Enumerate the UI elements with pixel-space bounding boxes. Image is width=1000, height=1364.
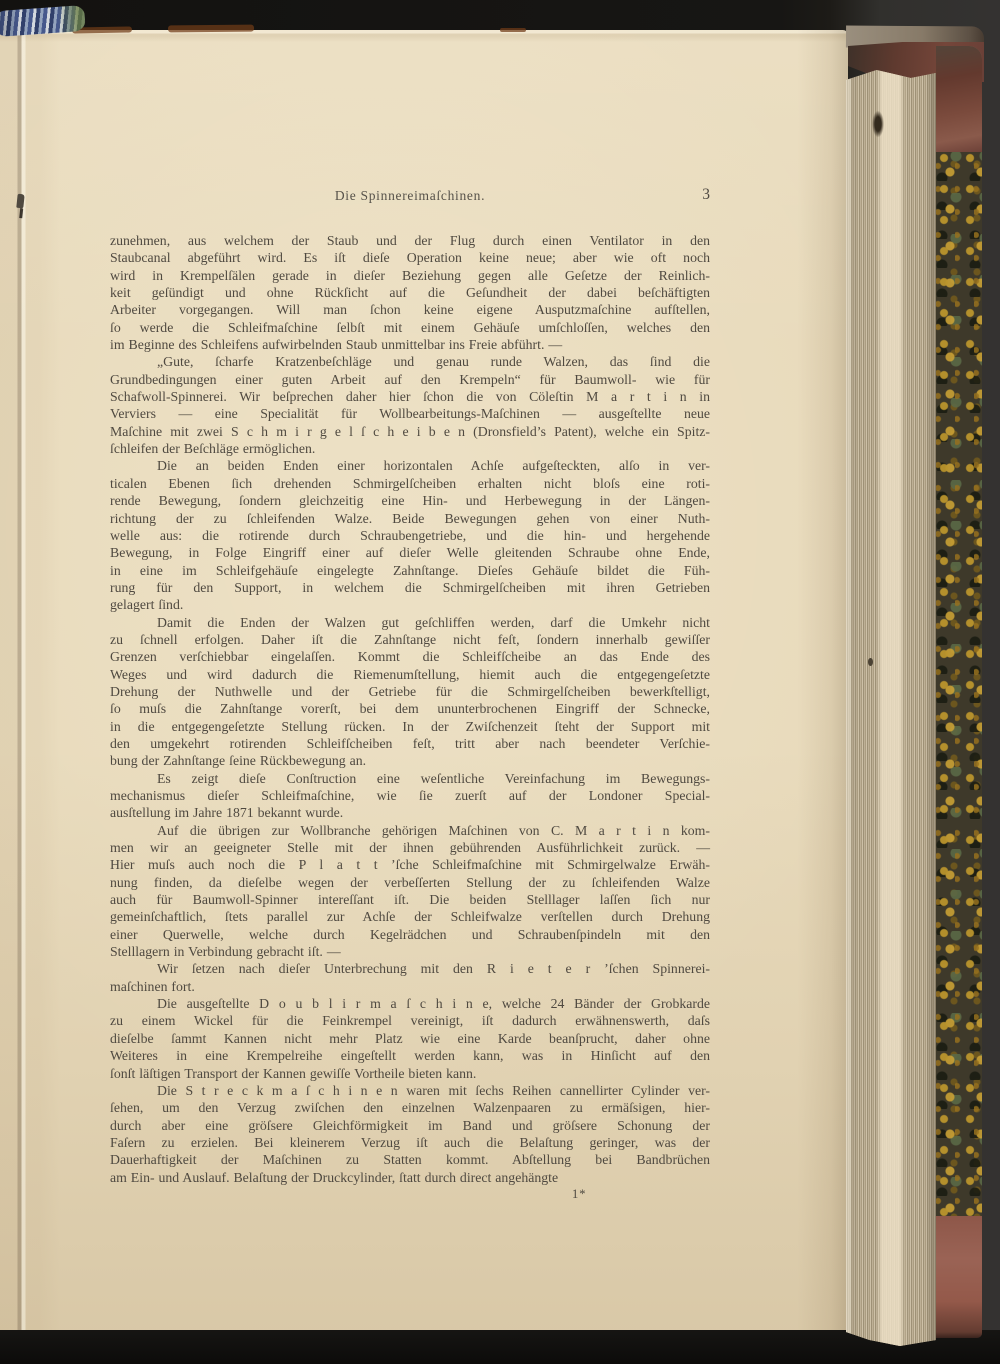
page-content: Die Spinnereimaſchinen. 3 zunehmen, aus … [110,188,710,1202]
text-line: welle aus: die rotirende durch Schrauben… [110,527,710,544]
text-line: maſchinen fort. [110,978,710,995]
text-line: in die entgegengeſetzte Stellung rücken.… [110,718,710,735]
cover-leather-top [936,46,982,152]
text-line: Die an beiden Enden einer horizontalen A… [110,457,710,474]
text-line: Staubcanal abgeführt wird. Es iſt dieſe … [110,249,710,266]
text-line: durch aber eine gröſsere Gleichförmigkei… [110,1117,710,1134]
text-line: Hier muſs auch noch die P l a t t ’ſche … [110,856,710,873]
text-line: Faſern zu erzielen. Bei kleinerem Verzug… [110,1134,710,1151]
text-line: ausſtellung im Jahre 1871 bekannt wurde. [110,804,710,821]
text-line: zu einem Wickel für die Feinkrempel vere… [110,1012,710,1029]
bottom-edge-shadow [0,1330,1000,1364]
text-line: Stelllagern in Verbindung gebracht iſt. … [110,943,710,960]
fore-edge-fleck [868,658,873,666]
text-line: den umgekehrt rotirenden Schleifſcheiben… [110,735,710,752]
text-line: ſo muſs die Zahnſtange vorerſt, bei dem … [110,700,710,717]
text-line: dieſelbe ſammt Kannen nicht mehr Platz w… [110,1030,710,1047]
running-title: Die Spinnereimaſchinen. [110,188,710,204]
paragraph: „Gute, ſcharfe Kratzenbeſchläge und gena… [110,353,710,457]
text-line: richtung der zu ſchleifenden Walze. Beid… [110,510,710,527]
text-line: keit geſündigt und ohne Rückſicht auf di… [110,284,710,301]
paragraph: Auf die übrigen zur Wollbranche gehörige… [110,822,710,961]
text-line: Schafwoll-Spinnerei. Wir beſprechen dahe… [110,388,710,405]
text-line: ſo werde die Schleifmaſchine ſelbſt mit … [110,319,710,336]
book-photo: Die Spinnereimaſchinen. 3 zunehmen, aus … [0,0,1000,1364]
text-line: men wir an geeigneter Stelle mit der ihn… [110,839,710,856]
text-line: Weges und wird dadurch die Riemenumſtell… [110,666,710,683]
text-line: gelagert ſind. [110,596,710,613]
paragraph: Die an beiden Enden einer horizontalen A… [110,457,710,613]
text-line: in eine im Schleifgehäuſe eingelegte Zah… [110,562,710,579]
text-line: Drehung der Nuthwelle und der Getriebe f… [110,683,710,700]
text-line: Die S t r e c k m a ſ c h i n e n waren … [110,1082,710,1099]
text-line: bung der Zahnſtange ſeine Rückbewegung a… [110,752,710,769]
paragraph: Die ausgeſtellte D o u b l i r m a ſ c h… [110,995,710,1082]
top-edge-speckle [500,28,526,32]
text-line: am Ein- und Auslauf. Belaſtung der Druck… [110,1169,710,1186]
text-line: nung finden, da dieſelbe wegen der verbe… [110,874,710,891]
text-line: ſonſt läſtigen Transport der Kannen gewi… [110,1065,710,1082]
paragraph: Es zeigt dieſe Conſtruction eine weſentl… [110,770,710,822]
fore-edge-notch [870,106,886,142]
top-edge-speckle [168,25,254,33]
signature-mark: 1* [572,1187,710,1202]
text-line: Verviers — eine Specialität für Wollbear… [110,405,710,422]
paragraph: Wir ſetzen nach dieſer Unterbrechung mit… [110,960,710,995]
ink-speck-margin [16,194,24,209]
text-line: ſchleifen der Beſchläge ermöglichen. [110,440,710,457]
page-recto: Die Spinnereimaſchinen. 3 zunehmen, aus … [0,30,848,1332]
text-line: Wir ſetzen nach dieſer Unterbrechung mit… [110,960,710,977]
text-line: Grundbedingungen einer guten Arbeit auf … [110,371,710,388]
paragraph: Die S t r e c k m a ſ c h i n e n waren … [110,1082,710,1186]
text-line: Grenzen verſchiebbar eingelaſſen. Kommt … [110,648,710,665]
text-line: Dauerhaftigkeit der Maſchinen zu Statten… [110,1151,710,1168]
text-line: Damit die Enden der Walzen gut geſchliff… [110,614,710,631]
running-header: Die Spinnereimaſchinen. 3 [110,188,710,208]
text-line: ſehen, um den Verzug zwiſchen den einzel… [110,1099,710,1116]
marbled-cover [936,46,982,1338]
paragraph: Damit die Enden der Walzen gut geſchliff… [110,614,710,770]
text-line: zu ſchnell erfolgen. Daher iſt die Zahnſ… [110,631,710,648]
text-line: gemeinſchaftlich, ſtets parallel zur Ach… [110,908,710,925]
text-line: Auf die übrigen zur Wollbranche gehörige… [110,822,710,839]
text-line: zunehmen, aus welchem der Staub und der … [110,232,710,249]
text-line: mechanismus dieſer Schleifmaſchine, wie … [110,787,710,804]
text-line: Arbeiter vorgegangen. Will man ſchon kei… [110,301,710,318]
text-line: Es zeigt dieſe Conſtruction eine weſentl… [110,770,710,787]
cover-red-patch [936,1216,982,1338]
page-number: 3 [702,186,710,204]
text-line: Weiteres in eine Krempelreihe eingeſtell… [110,1047,710,1064]
text-line: Maſchine mit zwei S c h m i r g e l ſ c … [110,423,710,440]
text-line: Die ausgeſtellte D o u b l i r m a ſ c h… [110,995,710,1012]
text-line: wird in Krempelſälen gerade in dieſer Be… [110,267,710,284]
text-line: Bewegung, in Folge Eingriff einer auf di… [110,544,710,561]
body-text: zunehmen, aus welchem der Staub und der … [110,232,710,1186]
text-line: rende Bewegung, ſondern gleichzeitig ein… [110,492,710,509]
text-line: „Gute, ſcharfe Kratzenbeſchläge und gena… [110,353,710,370]
text-line: ticalen Ebenen ſich drehenden Schmirgelſ… [110,475,710,492]
fore-edge-pages [846,70,936,1346]
cover-marbled-paper [936,152,982,1216]
text-line: einer Querwelle, welche durch Kegelrädch… [110,926,710,943]
paragraph: zunehmen, aus welchem der Staub und der … [110,232,710,353]
text-line: rung für den Support, in welchem die Sch… [110,579,710,596]
text-line: im Beginne des Schleifens aufwirbelnden … [110,336,710,353]
text-line: auch für Baumwoll-Spinner intereſſant iſ… [110,891,710,908]
